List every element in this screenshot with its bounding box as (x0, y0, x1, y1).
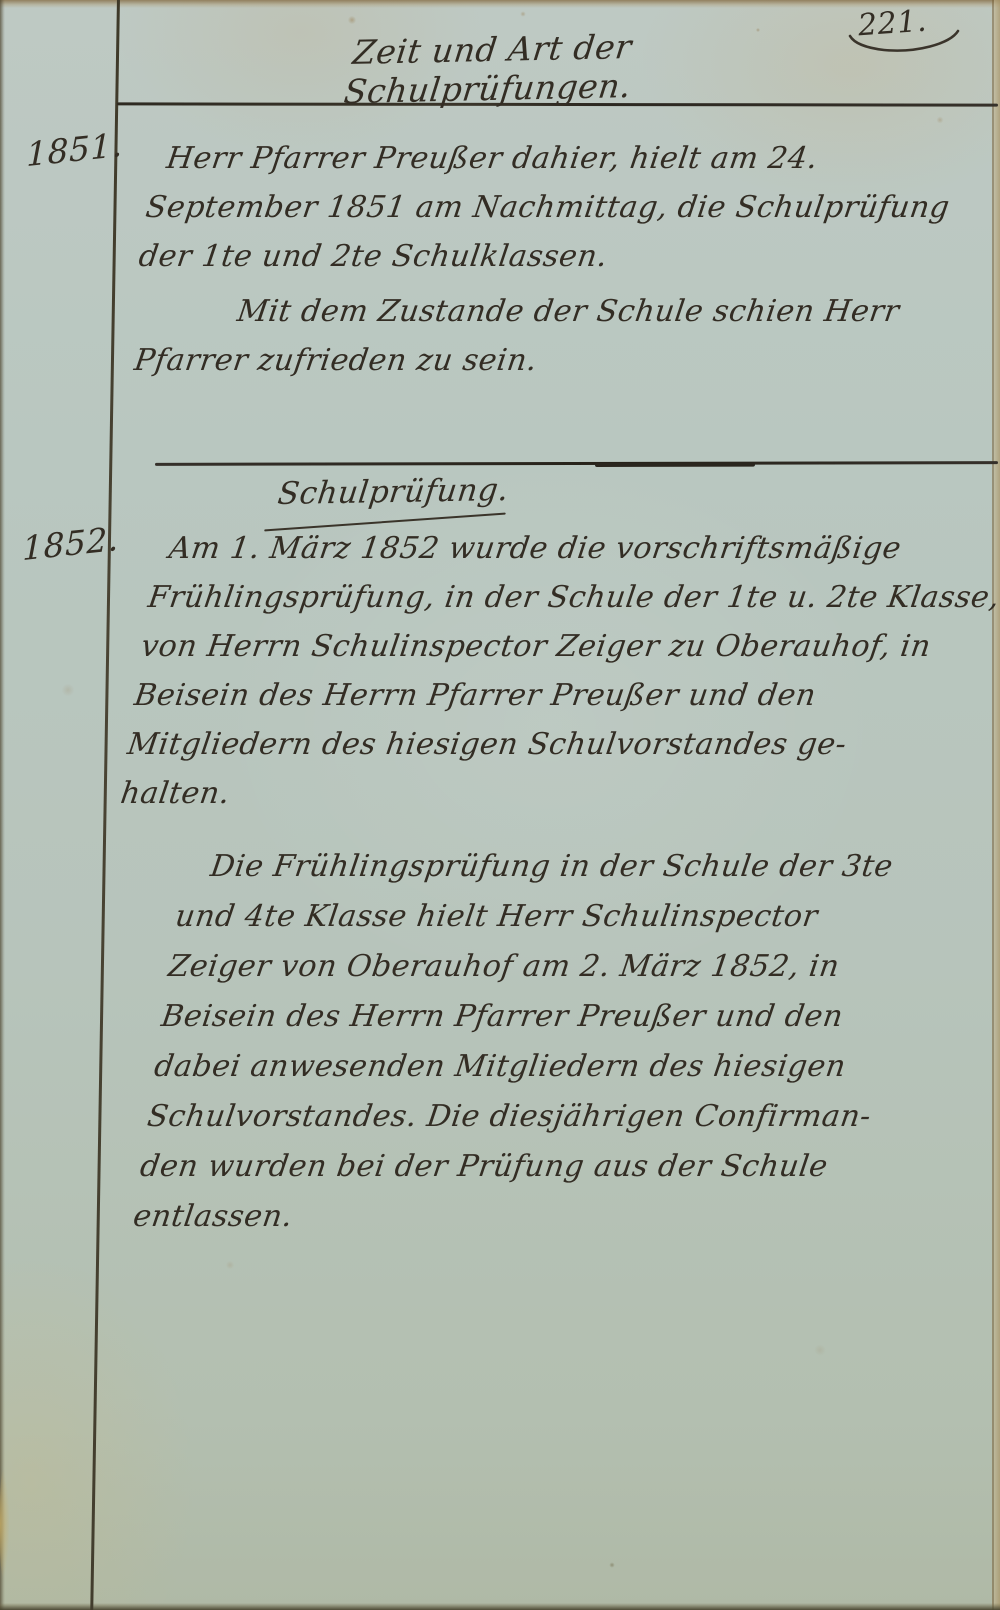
entry-1852-paragraph-2: Die Frühlingsprüfung in der Schule der 3… (130, 842, 1000, 1242)
text-line: entlassen. (130, 1192, 997, 1242)
entry-1851-paragraph-2: Mit dem Zustande der Schule schien Herr … (131, 287, 1000, 385)
text-line: halten. (117, 769, 984, 818)
text-line: und 4te Klasse hielt Herr Schulinspector (172, 892, 1000, 942)
text-line: Mit dem Zustande der Schule schien Herr (138, 287, 1000, 336)
text-line: von Herrn Schulinspector Zeiger zu Obera… (138, 622, 1000, 671)
margin-year-1852: 1852. (22, 519, 118, 568)
margin-year-1851: 1851. (26, 125, 122, 174)
page-edge-top (0, 0, 1000, 8)
text-line: Beisein des Herrn Pfarrer Preußer und de… (131, 671, 998, 720)
text-line: Zeiger von Oberauhof am 2. März 1852, in (165, 942, 1000, 992)
text-line: Beisein des Herrn Pfarrer Preußer und de… (158, 992, 1000, 1042)
text-line: der 1te und 2te Schulklassen. (136, 232, 1000, 281)
paper-stain (0, 1468, 9, 1580)
section-heading: Schulprüfung. (276, 472, 511, 512)
text-line: Frühlingsprüfung, in der Schule der 1te … (145, 573, 1000, 622)
entry-1852-paragraph-1: Am 1. März 1852 wurde die vorschriftsmäß… (117, 524, 1000, 818)
text-line: dabei anwesenden Mitgliedern des hiesige… (151, 1042, 1000, 1092)
entry-1851-paragraph-1: Herr Pfarrer Preußer dahier, hielt am 24… (136, 134, 1000, 281)
page-edge-bottom (0, 1603, 1000, 1610)
text-line: Die Frühlingsprüfung in der Schule der 3… (179, 842, 1000, 892)
page-edge-left (0, 0, 5, 1610)
section-separator-line (155, 461, 998, 466)
text-line: den wurden bei der Prüfung aus der Schul… (137, 1142, 1000, 1192)
manuscript-page: 221. Zeit und Art der Schulprüfungen. 18… (0, 0, 1000, 1610)
text-line: Mitgliedern des hiesigen Schulvorstandes… (124, 720, 991, 769)
margin-rule-line (90, 0, 119, 1610)
text-line: Pfarrer zufrieden zu sein. (131, 336, 998, 385)
text-line: Schulvorstandes. Die diesjährigen Confir… (144, 1092, 1000, 1142)
text-line: September 1851 am Nachmittag, die Schulp… (143, 183, 1000, 232)
text-line: Am 1. März 1852 wurde die vorschriftsmäß… (152, 524, 1000, 573)
page-number-flourish-icon (846, 26, 966, 58)
text-line: Herr Pfarrer Preußer dahier, hielt am 24… (149, 134, 1000, 183)
page-header-title: Zeit und Art der Schulprüfungen. (220, 24, 759, 113)
